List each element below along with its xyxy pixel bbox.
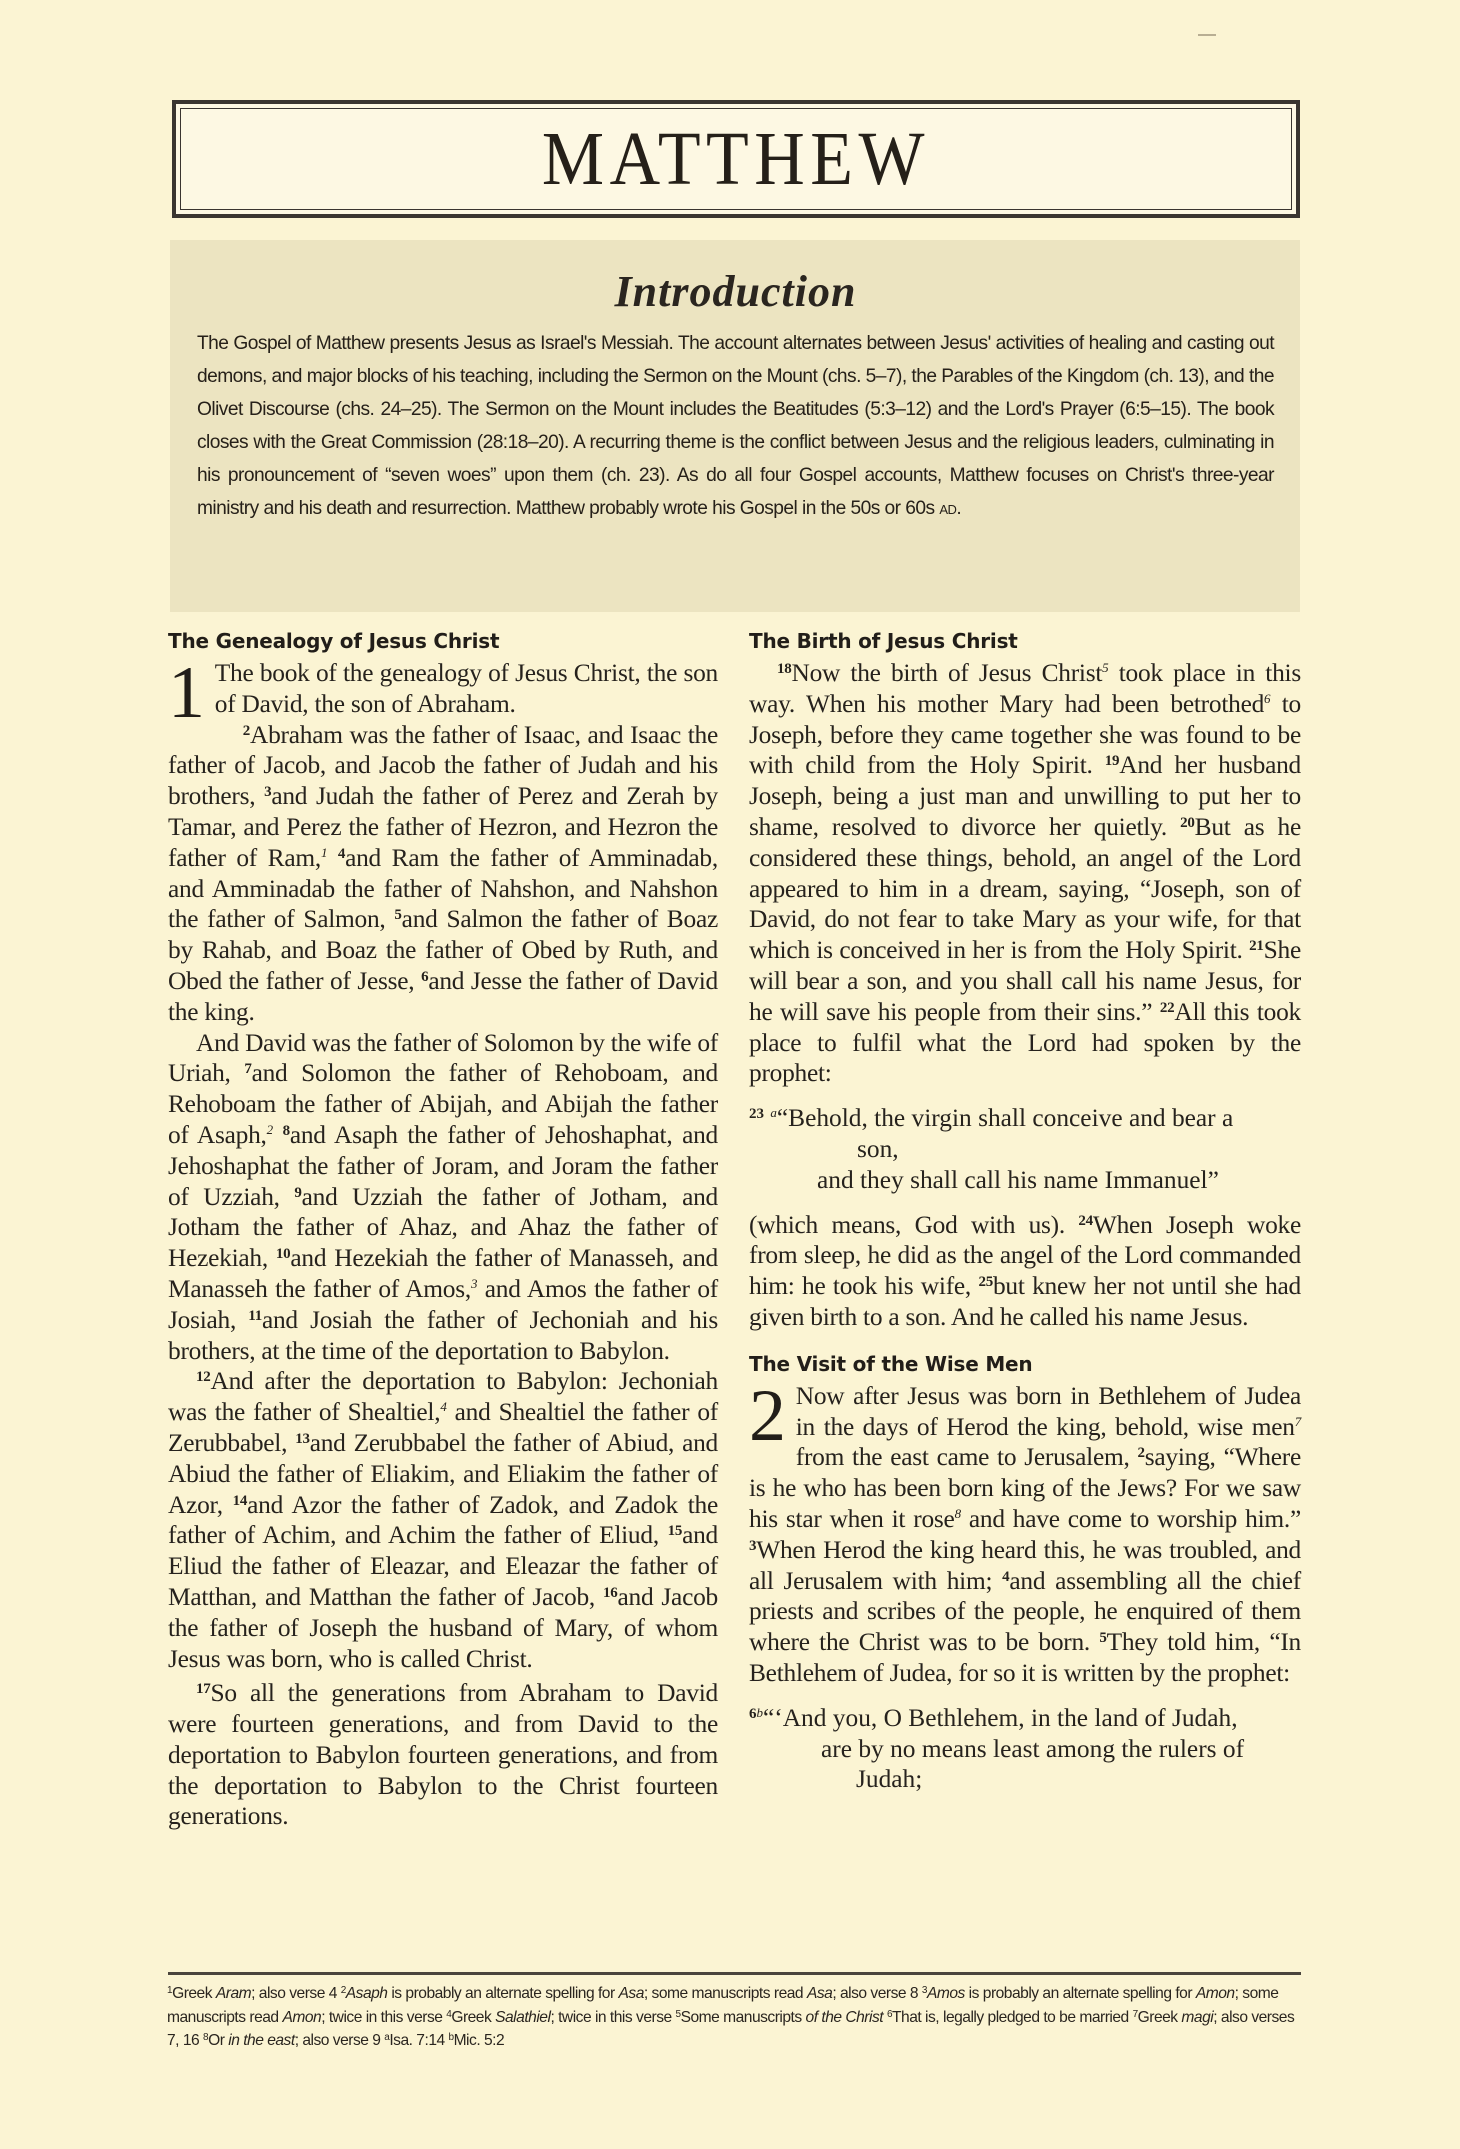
book-title: MATTHEW — [542, 116, 930, 203]
section-heading-wise-men: The Visit of the Wise Men — [749, 1347, 1301, 1381]
chapter-2-opening: 2Now after Jesus was born in Bethlehem o… — [749, 1381, 1301, 1689]
section-heading-birth: The Birth of Jesus Christ — [749, 624, 1301, 658]
introduction-text: The Gospel of Matthew presents Jesus as … — [197, 327, 1274, 526]
footnotes: 1Greek Aram; also verse 4 2Asaph is prob… — [167, 1982, 1307, 2053]
left-column: The Genealogy of Jesus Christ 1The book … — [168, 624, 718, 1832]
introduction-heading: Introduction — [197, 266, 1274, 317]
verse-17: 17So all the generations from Abraham to… — [168, 1678, 718, 1832]
verses-2-6: 2Abraham was the father of Isaac, and Is… — [168, 720, 718, 1028]
verses-12-16: 12And after the deportation to Babylon: … — [168, 1366, 718, 1674]
introduction-box: Introduction The Gospel of Matthew prese… — [170, 240, 1300, 612]
quotation-isaiah: 23 a“Behold, the virgin shall conceive a… — [749, 1103, 1301, 1195]
right-column: The Birth of Jesus Christ 18Now the birt… — [749, 624, 1301, 1809]
footnote-ref-7[interactable]: 7 — [1295, 1413, 1301, 1428]
verses-6b-11: And David was the father of Solomon by t… — [168, 1028, 718, 1367]
verses-18-22: 18Now the birth of Jesus Christ5 took pl… — [749, 658, 1301, 1089]
quotation-micah: 6b“‘And you, O Bethlehem, in the land of… — [749, 1703, 1301, 1795]
footnote-ref-2[interactable]: 2 — [267, 1122, 273, 1137]
footnote-divider — [168, 1972, 1301, 1975]
chapter-1-opening: 1The book of the genealogy of Jesus Chri… — [168, 658, 718, 720]
footnote-ref-1[interactable]: 1 — [321, 845, 327, 860]
verses-23b-25: (which means, God with us). 24When Josep… — [749, 1210, 1301, 1333]
chapter-number-1: 1 — [168, 664, 205, 722]
section-heading-genealogy: The Genealogy of Jesus Christ — [168, 624, 718, 658]
chapter-number-2: 2 — [749, 1387, 786, 1445]
page-corner-mark — [1198, 34, 1216, 36]
book-title-box: MATTHEW — [172, 100, 1300, 218]
